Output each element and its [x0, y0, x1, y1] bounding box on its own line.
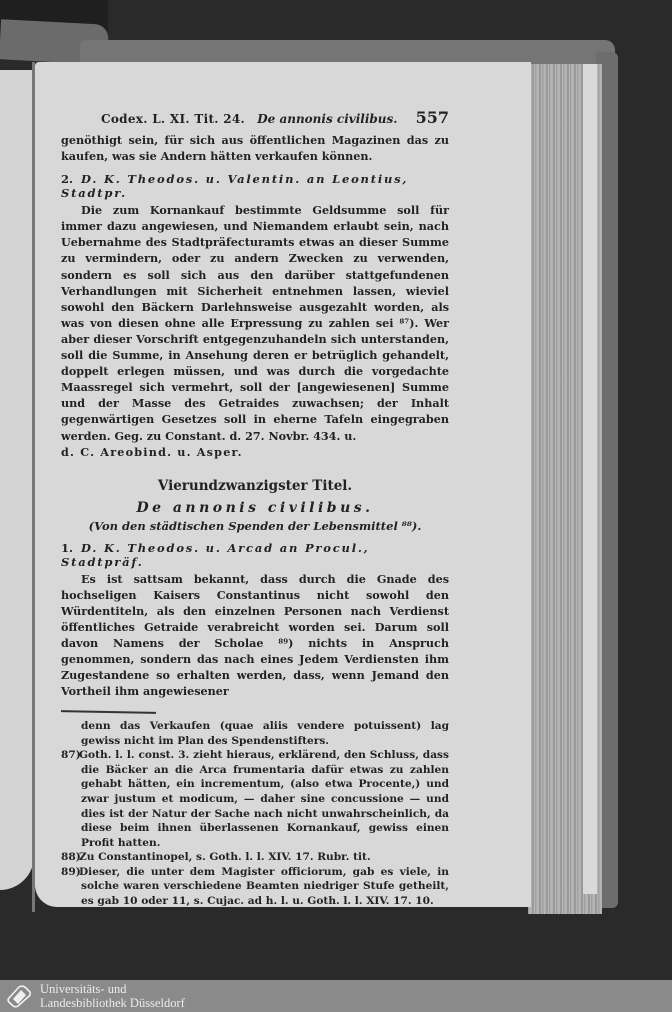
footnote-number: 87)	[61, 748, 79, 763]
library-name-line2: Landesbibliothek Düsseldorf	[40, 997, 185, 1011]
library-name: Universitäts- und Landesbibliothek Düsse…	[40, 983, 185, 1010]
running-head: Codex. L. XI. Tit. 24. De annonis civili…	[101, 112, 449, 132]
footnote-rule	[61, 711, 156, 714]
footnotes: denn das Verkaufen (quae aliis vendere p…	[61, 719, 449, 909]
library-book-logo-icon	[6, 984, 32, 1008]
book-gutter	[32, 62, 35, 912]
page-number: 557	[416, 108, 449, 127]
law-2-closing: d. C. Areobind. u. Asper.	[61, 444, 449, 460]
law-2-title: D. K. Theodos. u. Valentin. an Leontius,…	[61, 172, 408, 200]
law-2-heading: 2.D. K. Theodos. u. Valentin. an Leontiu…	[61, 172, 449, 200]
title-subtitle: (Von den städtischen Spenden der Lebensm…	[61, 519, 449, 533]
title-heading: Vierundzwanzigster Titel.	[61, 478, 449, 494]
footnote-carryover: denn das Verkaufen (quae aliis vendere p…	[61, 719, 449, 748]
footnote-number: 88)	[61, 850, 79, 865]
law-1-text: Es ist sattsam bekannt, dass durch die G…	[61, 571, 449, 700]
law-1-heading: 1.D. K. Theodos. u. Arcad an Procul., St…	[61, 541, 449, 569]
law-2-text: Die zum Kornankauf bestimmte Geldsumme s…	[61, 202, 449, 443]
title-section: Vierundzwanzigster Titel. De annonis civ…	[61, 478, 449, 533]
footnote-88: 88)Zu Constantinopel, s. Goth. l. l. XIV…	[61, 850, 449, 865]
law-1-title: D. K. Theodos. u. Arcad an Procul., Stad…	[61, 541, 369, 569]
footnote-text: Zu Constantinopel, s. Goth. l. l. XIV. 1…	[79, 851, 371, 863]
footnote-text: Dieser, die unter dem Magister officioru…	[79, 866, 449, 907]
footnote-number: 89)	[61, 865, 79, 880]
footnote-87: 87)Goth. l. l. const. 3. zieht hieraus, …	[61, 748, 449, 850]
page-fore-edge-highlight	[583, 64, 597, 894]
footnote-text: Goth. l. l. const. 3. zieht hieraus, erk…	[79, 749, 449, 849]
law-1-number: 1.	[61, 541, 73, 555]
footnote-89: 89)Dieser, die unter dem Magister offici…	[61, 865, 449, 909]
page-content: Codex. L. XI. Tit. 24. De annonis civili…	[61, 112, 449, 909]
law-2-number: 2.	[61, 172, 73, 186]
left-page-edge	[0, 70, 34, 890]
running-title: De annonis civilibus.	[257, 112, 397, 126]
library-footer-bar: Universitäts- und Landesbibliothek Düsse…	[0, 980, 672, 1012]
title-latin: De annonis civilibus.	[61, 500, 449, 516]
codex-reference: Codex. L. XI. Tit. 24.	[101, 112, 245, 126]
carryover-paragraph: genöthigt sein, für sich aus öffentliche…	[61, 132, 449, 164]
library-name-line1: Universitäts- und	[40, 983, 185, 997]
